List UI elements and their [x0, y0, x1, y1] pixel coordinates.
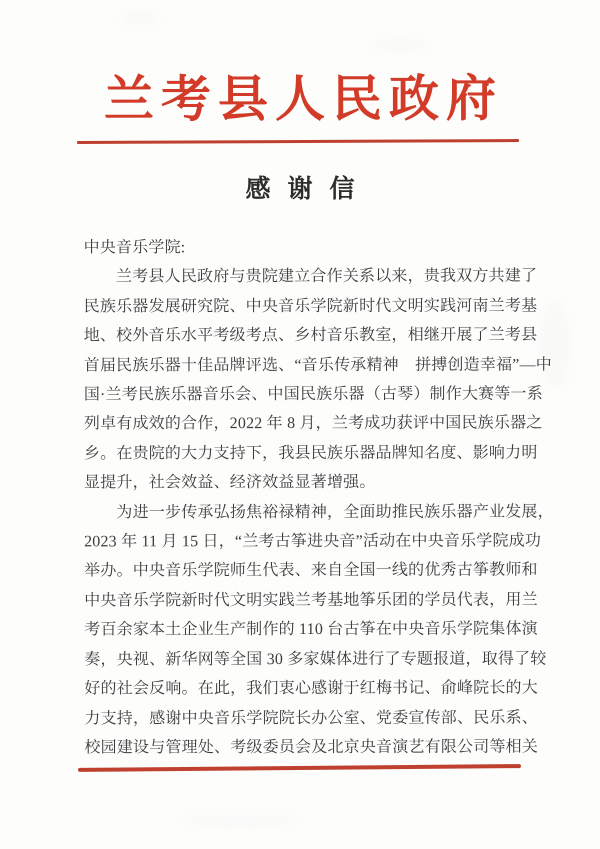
body-line: 显提升，社会效益、经济效益显著增强。: [84, 468, 536, 498]
scan-smudge: [180, 815, 300, 827]
body-line: 国·兰考民族乐器音乐会、中国民族乐器（古琴）制作大赛等一系: [84, 380, 536, 410]
body-line: 地、校外音乐水平考级考点、乡村音乐教室，相继开展了兰考县: [84, 321, 536, 351]
body-line: 民族乐器发展研究院、中央音乐学院新时代文明实践河南兰考基: [84, 291, 536, 321]
scan-smudge: [120, 14, 160, 22]
body-lines: 兰考县人民政府与贵院建立合作关系以来，贵我双方共建了民族乐器发展研究院、中央音乐…: [84, 262, 537, 763]
body-line: 考百余家本土企业生产制作的 110 台古筝在中央音乐学院集体演: [84, 615, 536, 645]
salutation: 中央音乐学院:: [84, 233, 536, 263]
body-line: 首届民族乐器十佳品牌评选、“音乐传承精神 拼搏创造幸福”—中: [84, 350, 536, 380]
letterhead-title: 兰考县人民政府: [0, 73, 600, 125]
letter-subject: 感谢信: [0, 177, 600, 202]
body-line: 兰考县人民政府与贵院建立合作关系以来，贵我双方共建了: [84, 262, 536, 292]
body-line: 力支持，感谢中央音乐学院院长办公室、党委宣传部、民乐系、: [84, 703, 536, 733]
body-line: 好的社会反响。在此，我们衷心感谢于红梅书记、俞峰院长的大: [84, 674, 536, 704]
body-line: 中央音乐学院新时代文明实践兰考基地筝乐团的学员代表，用兰: [84, 585, 536, 615]
scan-smudge: [370, 40, 430, 50]
scanned-letter-page: 兰考县人民政府 感谢信 中央音乐学院: 兰考县人民政府与贵院建立合作关系以来，贵…: [0, 0, 600, 849]
letter-body: 中央音乐学院: 兰考县人民政府与贵院建立合作关系以来，贵我双方共建了民族乐器发展…: [84, 233, 537, 763]
body-line: 校园建设与管理处、考级委员会及北京央音演艺有限公司等相关: [84, 733, 536, 763]
body-line: 举办。中央音乐学院师生代表、来自全国一线的优秀古筝教师和: [84, 556, 536, 586]
letterhead-rule: [77, 139, 519, 144]
body-line: 乡。在贵院的大力支持下，我县民族乐器品牌知名度、影响力明: [84, 438, 536, 468]
body-line: 奏，央视、新华网等全国 30 多家媒体进行了专题报道，取得了较: [84, 644, 536, 674]
footer-rule: [78, 764, 521, 772]
scan-smudge: [540, 300, 570, 390]
body-line: 列卓有成效的合作，2022 年 8 月，兰考成功获评中国民族乐器之: [84, 409, 536, 439]
body-line: 为进一步传承弘扬焦裕禄精神，全面助推民族乐器产业发展，: [84, 497, 536, 527]
body-line: 2023 年 11 月 15 日，“兰考古筝进央音”活动在中央音乐学院成功: [84, 527, 536, 557]
